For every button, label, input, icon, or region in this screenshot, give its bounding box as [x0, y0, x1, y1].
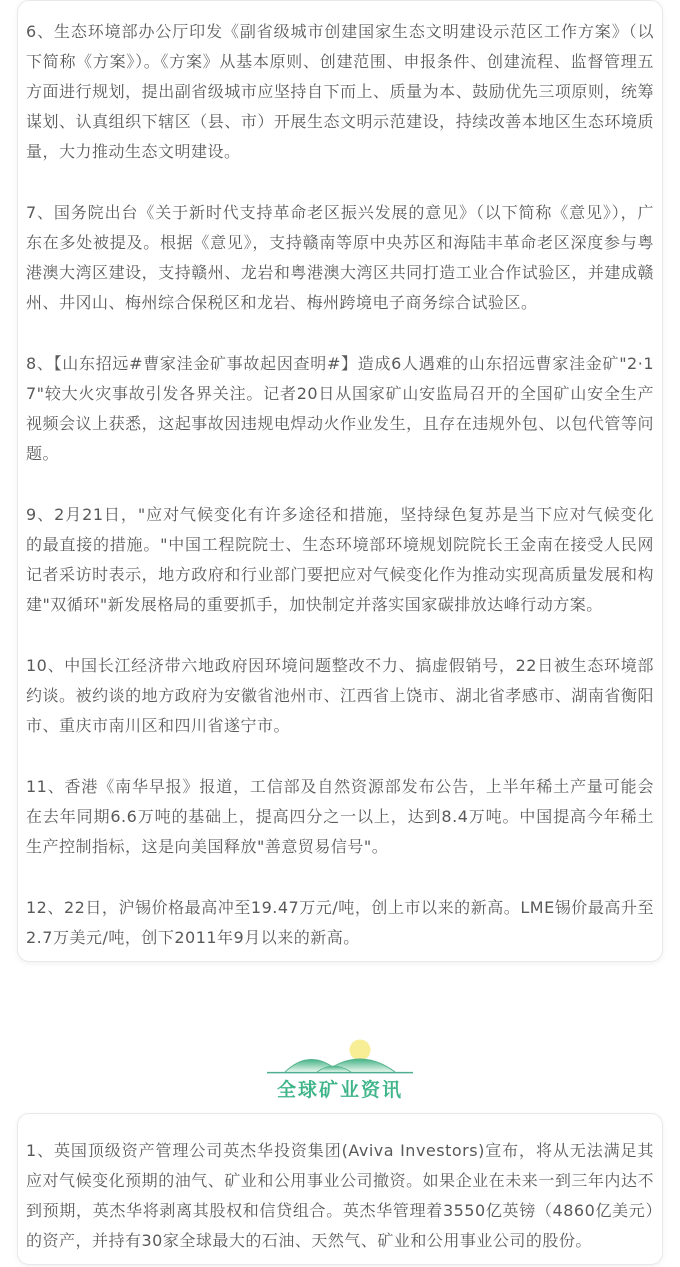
- news-digest-card: 6、生态环境部办公厅印发《副省级城市创建国家生态文明建设示范区工作方案》（以下简…: [17, 0, 663, 962]
- news-item-7: 7、国务院出台《关于新时代支持革命老区振兴发展的意见》（以下简称《意见》），广东…: [26, 198, 654, 318]
- news-item-9: 9、2月21日，"应对气候变化有许多途径和措施，坚持绿色复苏是当下应对气候变化的…: [26, 500, 654, 620]
- section-title: 全球矿业资讯: [0, 1077, 680, 1103]
- section-divider: 全球矿业资讯: [0, 1034, 680, 1103]
- article-page: { "page": { "background": "#ffffff", "te…: [0, 0, 680, 1267]
- news-item-10: 10、中国长江经济带六地政府因环境问题整改不力、搞虚假销号，22日被生态环境部约…: [26, 651, 654, 741]
- news-item-1: 1、英国顶级资产管理公司英杰华投资集团(Aviva Investors)宣布，将…: [26, 1136, 654, 1256]
- sun-icon: [350, 1040, 371, 1061]
- news-item-8: 8、【山东招远#曹家洼金矿事故起因查明#】造成6人遇难的山东招远曹家洼金矿"2·…: [26, 349, 654, 469]
- news-item-12: 12、22日，沪锡价格最高冲至19.47万元/吨，创上市以来的新高。LME锡价最…: [26, 893, 654, 953]
- news-item-6: 6、生态环境部办公厅印发《副省级城市创建国家生态文明建设示范区工作方案》（以下简…: [26, 17, 654, 167]
- news-item-11: 11、香港《南华早报》报道，工信部及自然资源部发布公告，上半年稀土产量可能会在去…: [26, 772, 654, 862]
- global-mining-news-card: 1、英国顶级资产管理公司英杰华投资集团(Aviva Investors)宣布，将…: [17, 1113, 663, 1265]
- mountains-sun-icon: [265, 1034, 415, 1074]
